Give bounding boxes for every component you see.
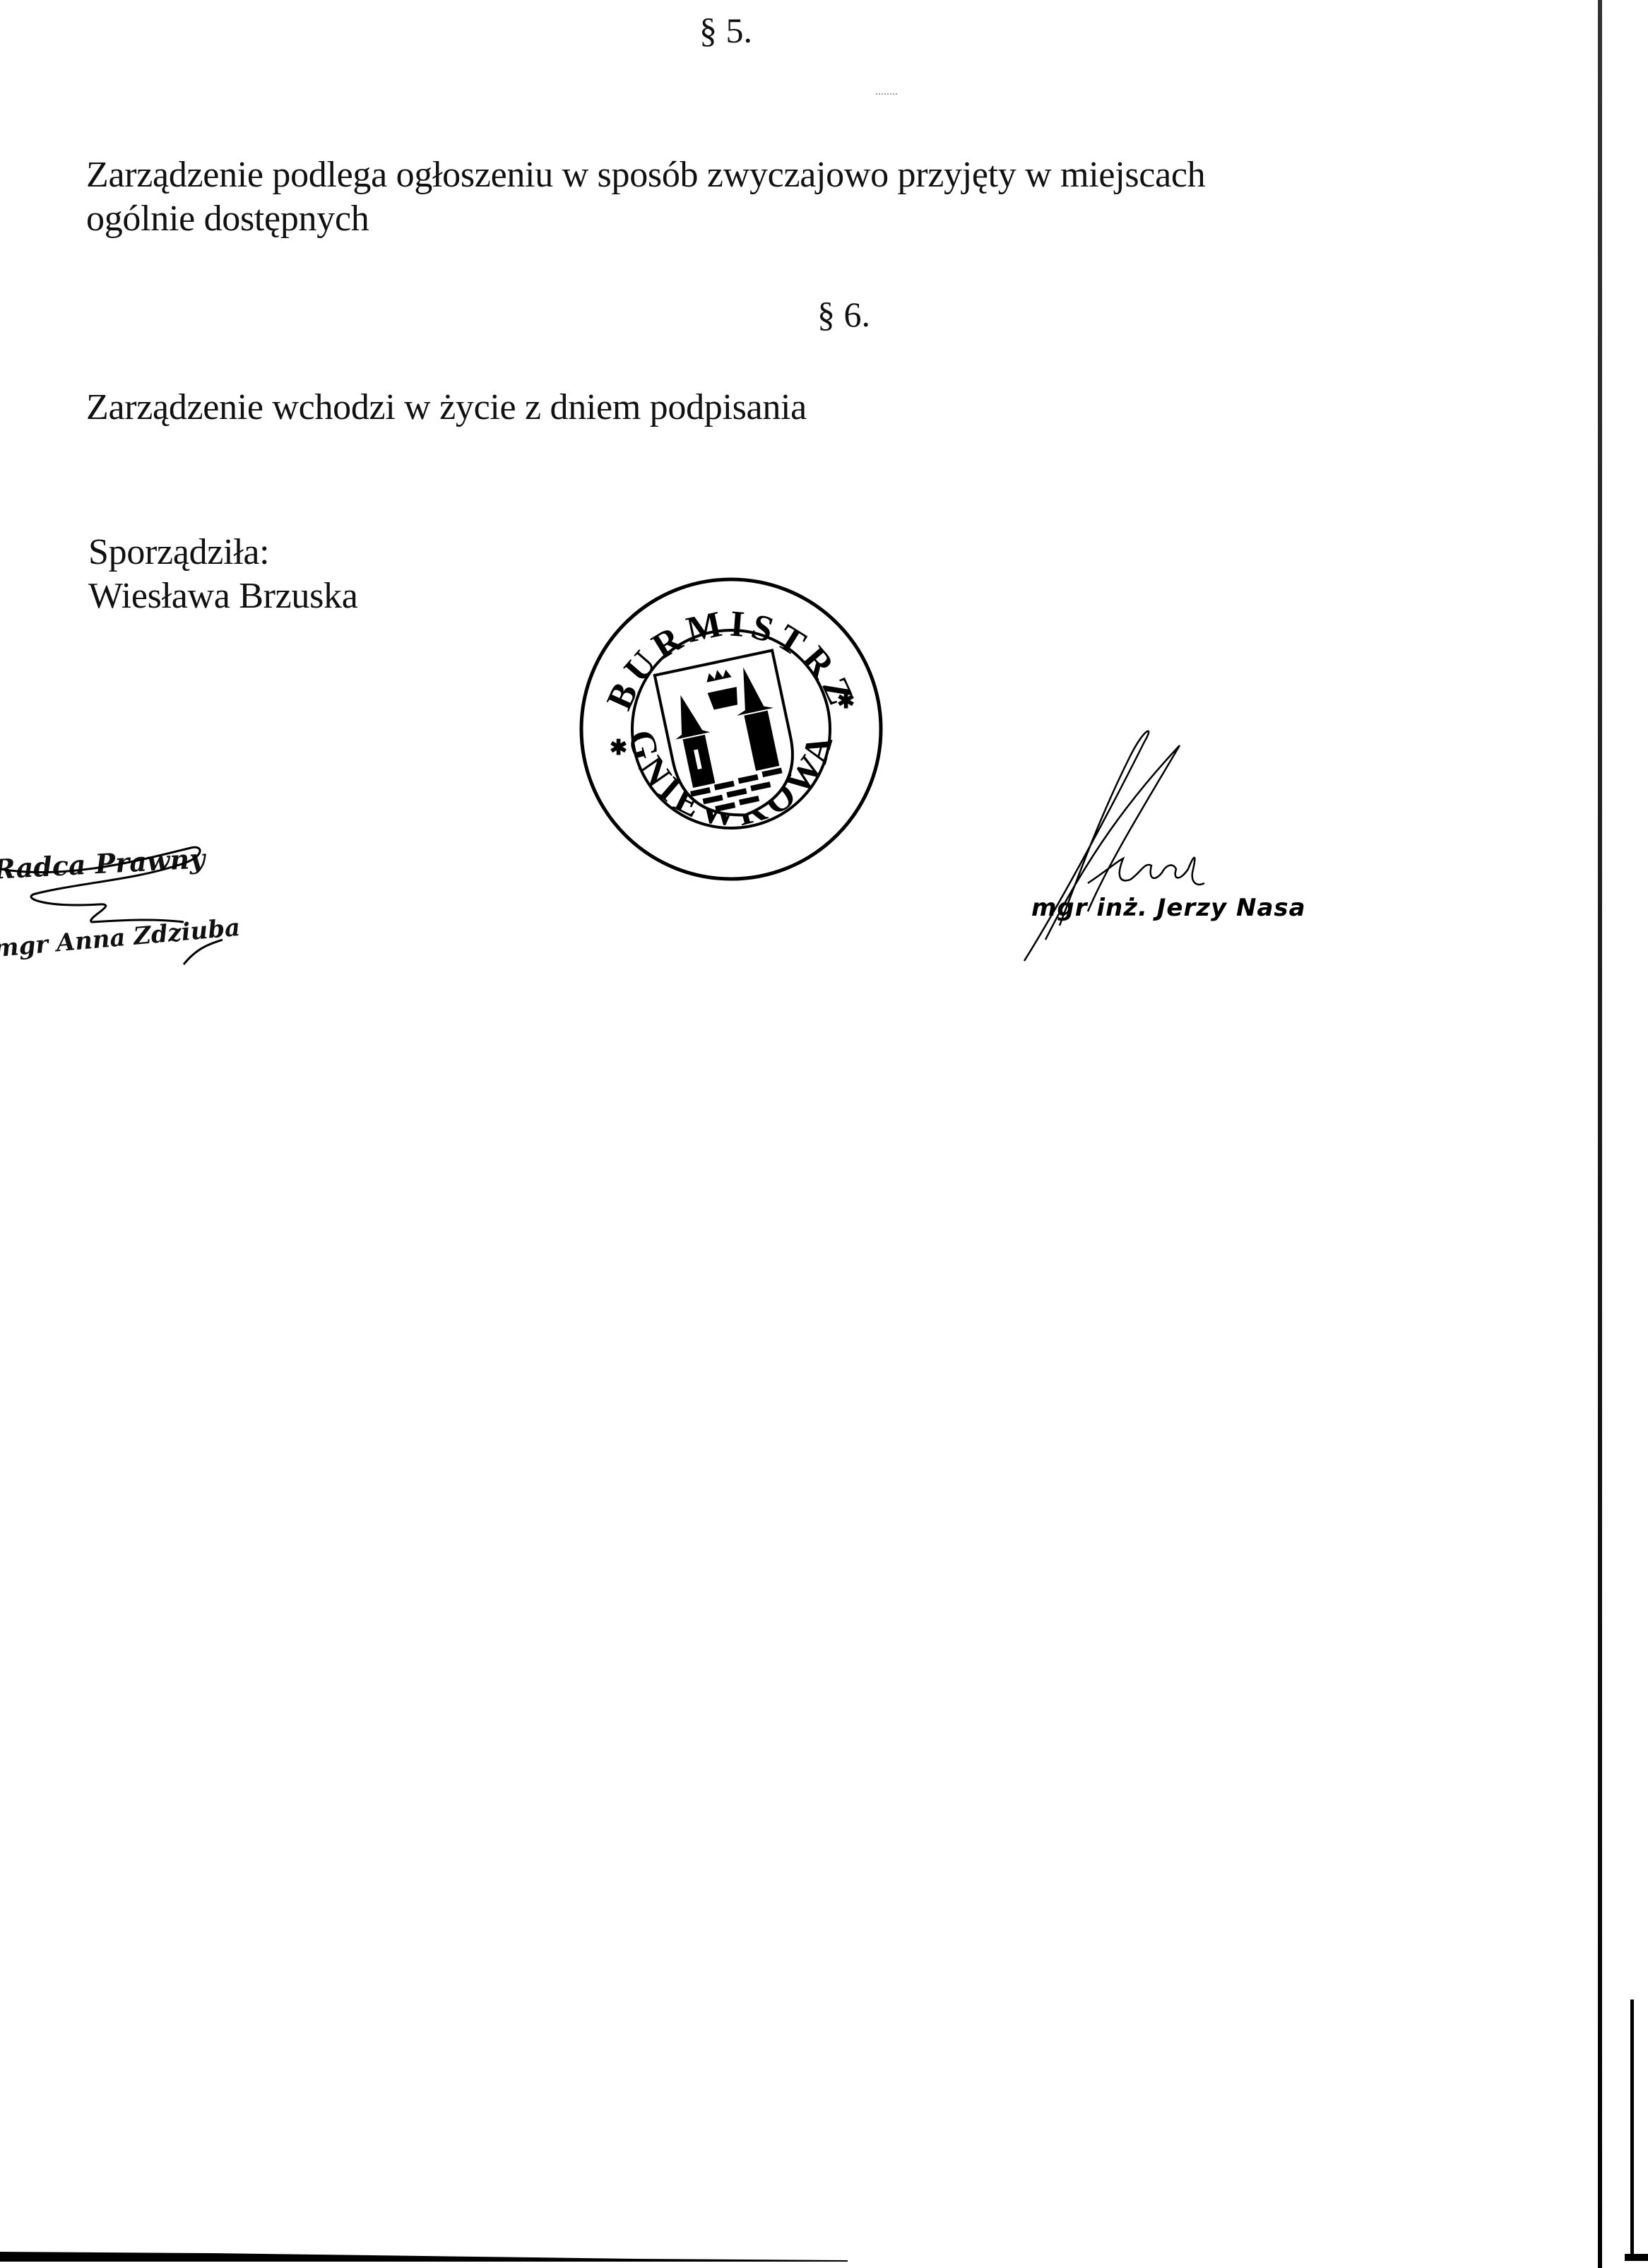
mayor-name-stamp: mgr inż. Jerzy Nasa <box>1031 894 1306 922</box>
mayor-signature-block: mgr inż. Jerzy Nasa <box>1003 728 1370 968</box>
section-6-text: Zarządzenie wchodzi w życie z dniem podp… <box>86 385 807 430</box>
handwritten-signature-icon <box>1003 728 1370 968</box>
section-5-text-line-2: ogólnie dostępnych <box>86 196 369 242</box>
scan-right-edge-mark <box>1630 2000 1634 2254</box>
seal-emblem-icon: BURMISTRZ GNIEWKOWA ✱ ✱ <box>576 572 887 883</box>
legal-advisor-stamp: Radca Prawny mgr Anna Zdziuba <box>0 841 247 982</box>
legal-signature-icon <box>0 841 247 982</box>
prepared-by-label: Sporządziła: <box>88 530 269 575</box>
svg-text:✱: ✱ <box>837 690 855 713</box>
scan-right-edge-line <box>1598 0 1602 2268</box>
scan-speck <box>876 93 897 98</box>
scan-corner-mark <box>1625 2254 1648 2261</box>
section-5-heading: § 5. <box>699 13 752 48</box>
svg-text:✱: ✱ <box>610 736 627 760</box>
prepared-by-name: Wiesława Brzuska <box>88 574 358 619</box>
section-6-heading: § 6. <box>817 297 870 332</box>
section-5-text-line-1: Zarządzenie podlega ogłoszeniu w sposób … <box>86 153 1205 198</box>
official-seal: BURMISTRZ GNIEWKOWA ✱ ✱ <box>576 572 887 883</box>
scan-bottom-edge <box>0 2250 848 2262</box>
